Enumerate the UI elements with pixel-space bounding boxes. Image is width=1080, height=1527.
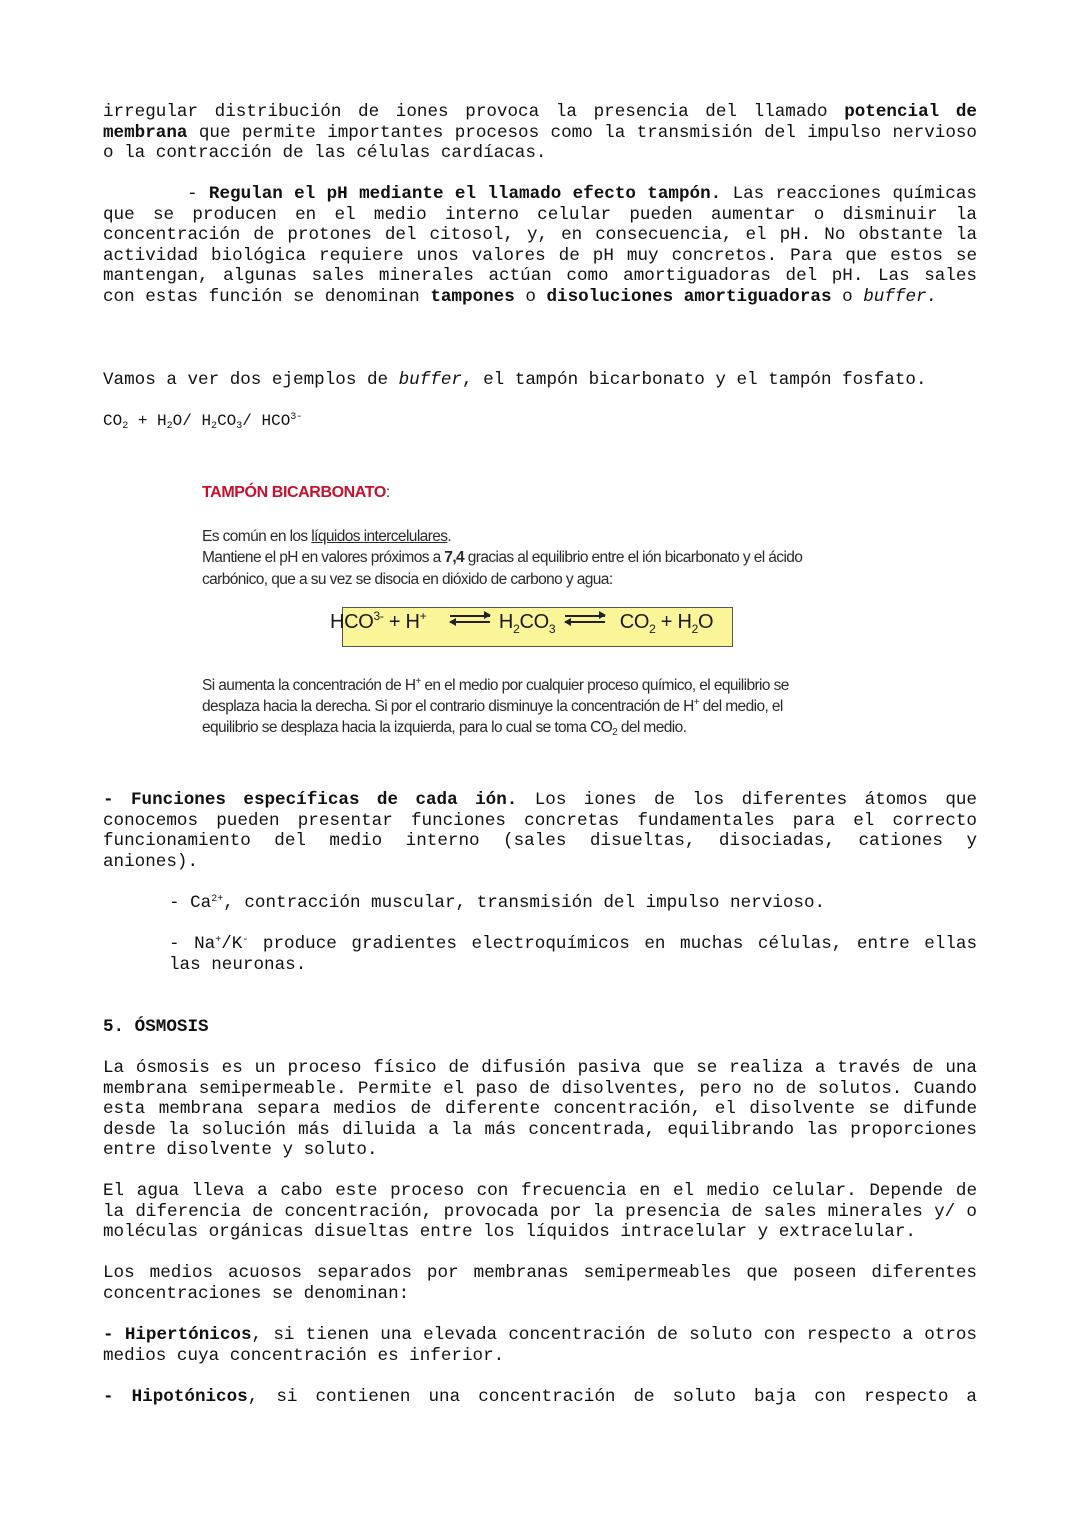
text: Es común en los xyxy=(202,528,311,545)
text: O xyxy=(698,611,713,633)
bullet-dash: - xyxy=(103,1325,125,1345)
text: Mantiene el pH en valores próximos a xyxy=(202,549,444,566)
text: CO xyxy=(620,611,649,633)
osmosis-paragraph-1: La ósmosis es un proceso físico de difus… xyxy=(103,1058,977,1161)
text: del medio, el xyxy=(699,698,783,715)
text: gracias al equilibrio entre el ión bicar… xyxy=(464,549,802,566)
buffer-examples-paragraph: Vamos a ver dos ejemplos de buffer, el t… xyxy=(103,370,977,391)
superscript: 2+ xyxy=(211,894,223,905)
bicarbonate-formula: CO2 + H2O/ H2CO3/ HCO3- xyxy=(103,411,977,432)
text: en el medio por cualquier proceso químic… xyxy=(421,677,789,694)
text: Si aumenta la concentración de H xyxy=(202,677,415,694)
text: equilibrio se desplaza hacia la izquierd… xyxy=(202,719,612,736)
italic-term: buffer xyxy=(399,370,462,390)
calcium-item: - Ca2+, contracción muscular, transmisió… xyxy=(169,893,977,914)
document-page: irregular distribución de iones provoca … xyxy=(0,0,1080,1527)
bullet-dash: - xyxy=(187,184,209,204)
osmosis-paragraph-3: Los medios acuosos separados por membran… xyxy=(103,1263,977,1304)
text: CO xyxy=(217,412,236,430)
figure-line-1: Es común en los líquidos intercelulares. xyxy=(202,526,451,548)
membrane-potential-paragraph: irregular distribución de iones provoca … xyxy=(103,102,977,164)
figure-title-colon: : xyxy=(386,484,390,501)
bold-heading: - Funciones específicas de cada ión. xyxy=(103,790,517,810)
osmosis-paragraph-2: El agua lleva a cabo este proceso con fr… xyxy=(103,1181,977,1243)
ph-buffer-paragraph: - Regulan el pH mediante el llamado efec… xyxy=(103,184,977,308)
text: que permite importantes procesos como la… xyxy=(103,123,977,164)
text: , el tampón bicarbonato y el tampón fosf… xyxy=(462,370,927,390)
figure-note-line-3: equilibrio se desplaza hacia la izquierd… xyxy=(202,717,686,739)
text: o xyxy=(515,287,547,307)
text: + H xyxy=(128,412,166,430)
bullet-dash: - xyxy=(103,1387,132,1407)
bold-term: Hipotónicos xyxy=(132,1387,248,1407)
section-heading-osmosis: 5. ÓSMOSIS xyxy=(103,1017,977,1038)
text: HCO xyxy=(330,611,374,633)
superscript: 3- xyxy=(290,412,302,423)
text: + H xyxy=(656,611,692,633)
figure-line-2: Mantiene el pH en valores próximos a 7,4… xyxy=(202,547,802,569)
hypotonic-item: - Hipotónicos, si contienen una concentr… xyxy=(103,1387,977,1408)
subscript: 3 xyxy=(549,622,555,636)
text: H xyxy=(499,611,513,633)
bold-term: tampones xyxy=(430,287,514,307)
text: - Na xyxy=(169,934,215,954)
bold-heading: Regulan el pH mediante el llamado efecto… xyxy=(209,184,721,204)
text: , contracción muscular, transmisión del … xyxy=(223,893,825,913)
figure-note-line-1: Si aumenta la concentración de H+ en el … xyxy=(202,675,789,697)
italic-term: buffer. xyxy=(863,287,937,307)
superscript: 3- xyxy=(374,609,384,623)
text: produce gradientes electroquímicos en mu… xyxy=(169,934,977,975)
text: desplaza hacia la derecha. Si por el con… xyxy=(202,698,694,715)
ion-functions-paragraph: - Funciones específicas de cada ión. Los… xyxy=(103,790,977,872)
underlined-text: líquidos intercelulares xyxy=(311,528,447,545)
text: CO xyxy=(519,611,548,633)
figure-title: TAMPÓN BICARBONATO: xyxy=(202,484,390,502)
bold-term: Hipertónicos xyxy=(125,1325,252,1345)
bold-term: disoluciones amortiguadoras xyxy=(546,287,831,307)
text: CO xyxy=(103,412,122,430)
equilibrium-equation: HCO3- + H+ H2CO3 CO2 + H2O xyxy=(330,611,713,634)
figure-title-text: TAMPÓN BICARBONATO xyxy=(202,484,386,501)
figure-line-3: carbónico, que a su vez se disocia en di… xyxy=(202,569,613,591)
superscript: + xyxy=(420,609,427,623)
text: irregular distribución de iones provoca … xyxy=(103,102,844,122)
text: - Ca xyxy=(169,893,211,913)
sodium-potassium-item: - Na+/K- produce gradientes electroquími… xyxy=(169,934,977,975)
figure-note-line-2: desplaza hacia la derecha. Si por el con… xyxy=(202,696,783,718)
equilibrium-arrow-icon xyxy=(450,612,490,626)
bold-value: 7,4 xyxy=(444,549,464,566)
text: del medio. xyxy=(617,719,686,736)
text: / HCO xyxy=(242,412,290,430)
text: O/ H xyxy=(173,412,211,430)
text: Vamos a ver dos ejemplos de xyxy=(103,370,399,390)
equilibrium-arrow-icon xyxy=(565,612,605,626)
text: /K xyxy=(221,934,242,954)
hypertonic-item: - Hipertónicos, si tienen una elevada co… xyxy=(103,1325,977,1366)
bicarbonate-buffer-figure: TAMPÓN BICARBONATO: Es común en los líqu… xyxy=(196,478,866,748)
text: o xyxy=(832,287,864,307)
text: + H xyxy=(384,611,420,633)
text: . xyxy=(447,528,451,545)
text: , si contienen una concentración de solu… xyxy=(248,1387,977,1407)
